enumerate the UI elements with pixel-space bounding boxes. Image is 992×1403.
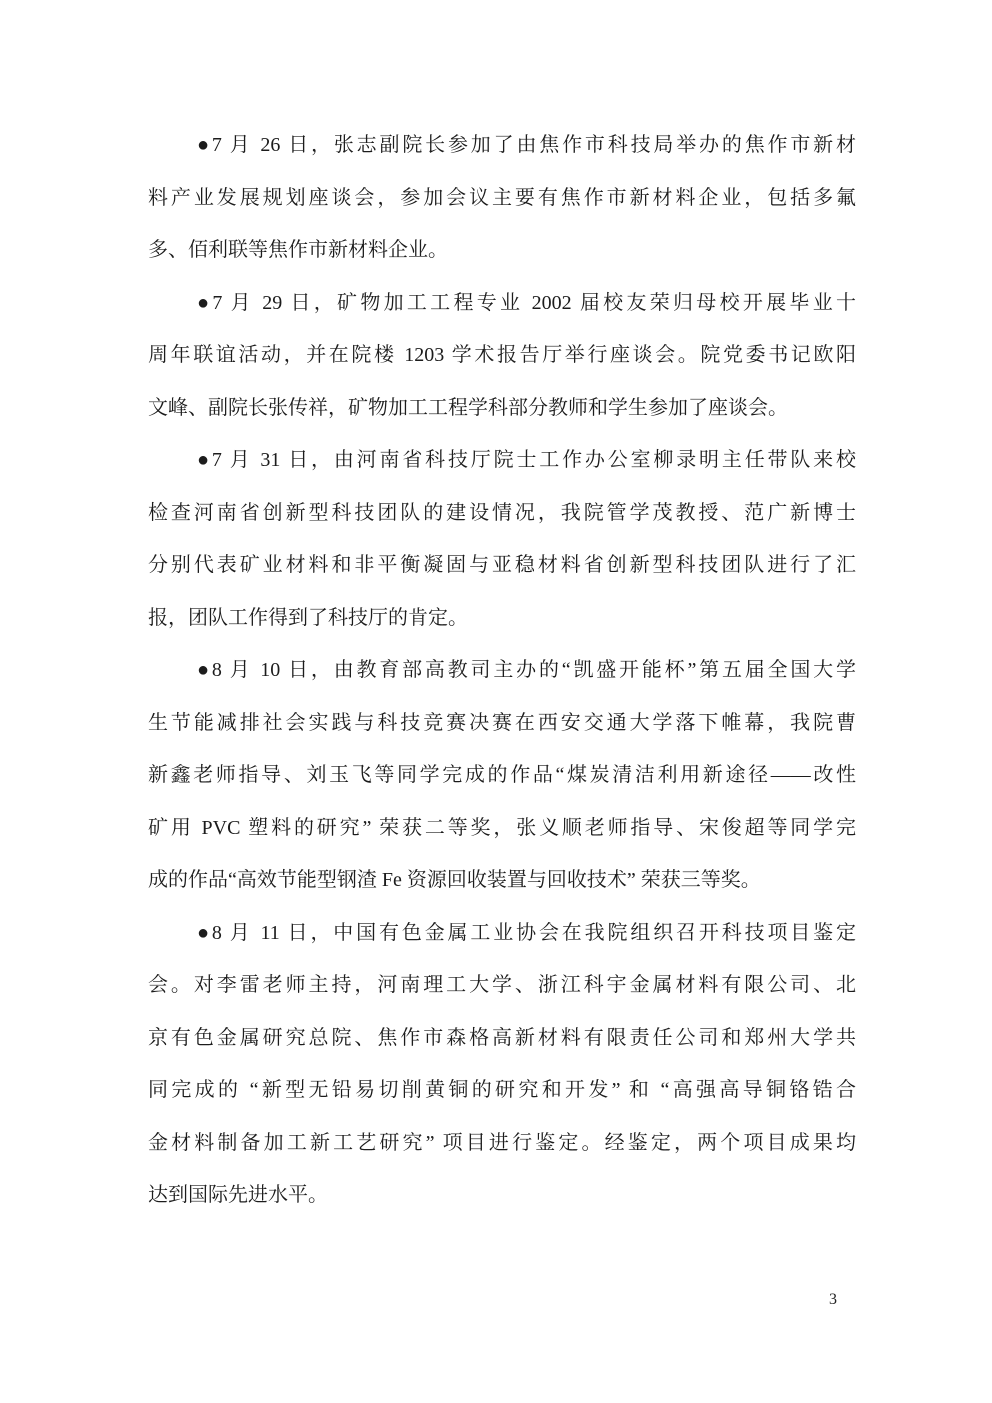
text-line: 京有色金属研究总院、焦作市森格高新材料有限责任公司和郑州大学共 — [148, 1012, 856, 1065]
bullet-text-line: ●8 月 11 日，中国有色金属工业协会在我院组织召开科技项目鉴定 — [148, 907, 856, 960]
bullet-text-line: ●7 月 26 日，张志副院长参加了由焦作市科技局举办的焦作市新材 — [148, 119, 856, 172]
text-line: 料产业发展规划座谈会，参加会议主要有焦作市新材料企业，包括多氟 — [148, 172, 856, 225]
paragraph: ●7 月 31 日，由河南省科技厅院士工作办公室柳录明主任带队来校检查河南省创新… — [148, 434, 856, 644]
document-page: ●7 月 26 日，张志副院长参加了由焦作市科技局举办的焦作市新材料产业发展规划… — [0, 0, 992, 1403]
text-line: 矿用 PVC 塑料的研究” 荣获二等奖，张义顺老师指导、宋俊超等同学完 — [148, 802, 856, 855]
text-line: 成的作品“高效节能型钢渣 Fe 资源回收装置与回收技术” 荣获三等奖。 — [148, 854, 856, 907]
document-body: ●7 月 26 日，张志副院长参加了由焦作市科技局举办的焦作市新材料产业发展规划… — [148, 119, 856, 1222]
paragraph: ●7 月 29 日，矿物加工工程专业 2002 届校友荣归母校开展毕业十周年联谊… — [148, 277, 856, 435]
bullet-text-line: ●7 月 29 日，矿物加工工程专业 2002 届校友荣归母校开展毕业十 — [148, 277, 856, 330]
text-line: 新鑫老师指导、刘玉飞等同学完成的作品“煤炭清洁利用新途径——改性 — [148, 749, 856, 802]
text-line: 多、佰利联等焦作市新材料企业。 — [148, 224, 856, 277]
text-line: 周年联谊活动，并在院楼 1203 学术报告厅举行座谈会。院党委书记欧阳 — [148, 329, 856, 382]
text-line: 达到国际先进水平。 — [148, 1169, 856, 1222]
page-number: 3 — [829, 1288, 837, 1312]
text-line: 文峰、副院长张传祥，矿物加工工程学科部分教师和学生参加了座谈会。 — [148, 382, 856, 435]
paragraph: ●8 月 11 日，中国有色金属工业协会在我院组织召开科技项目鉴定会。对李雷老师… — [148, 907, 856, 1222]
text-line: 会。对李雷老师主持，河南理工大学、浙江科宇金属材料有限公司、北 — [148, 959, 856, 1012]
text-line: 报，团队工作得到了科技厅的肯定。 — [148, 592, 856, 645]
text-line: 金材料制备加工新工艺研究” 项目进行鉴定。经鉴定，两个项目成果均 — [148, 1117, 856, 1170]
paragraph: ●8 月 10 日，由教育部高教司主办的“凯盛开能杯”第五届全国大学生节能减排社… — [148, 644, 856, 907]
text-line: 生节能减排社会实践与科技竞赛决赛在西安交通大学落下帷幕，我院曹 — [148, 697, 856, 750]
text-line: 同完成的 “新型无铅易切削黄铜的研究和开发” 和 “高强高导铜铬锆合 — [148, 1064, 856, 1117]
text-line: 检查河南省创新型科技团队的建设情况，我院管学茂教授、范广新博士 — [148, 487, 856, 540]
text-line: 分别代表矿业材料和非平衡凝固与亚稳材料省创新型科技团队进行了汇 — [148, 539, 856, 592]
bullet-text-line: ●7 月 31 日，由河南省科技厅院士工作办公室柳录明主任带队来校 — [148, 434, 856, 487]
bullet-text-line: ●8 月 10 日，由教育部高教司主办的“凯盛开能杯”第五届全国大学 — [148, 644, 856, 697]
paragraph: ●7 月 26 日，张志副院长参加了由焦作市科技局举办的焦作市新材料产业发展规划… — [148, 119, 856, 277]
